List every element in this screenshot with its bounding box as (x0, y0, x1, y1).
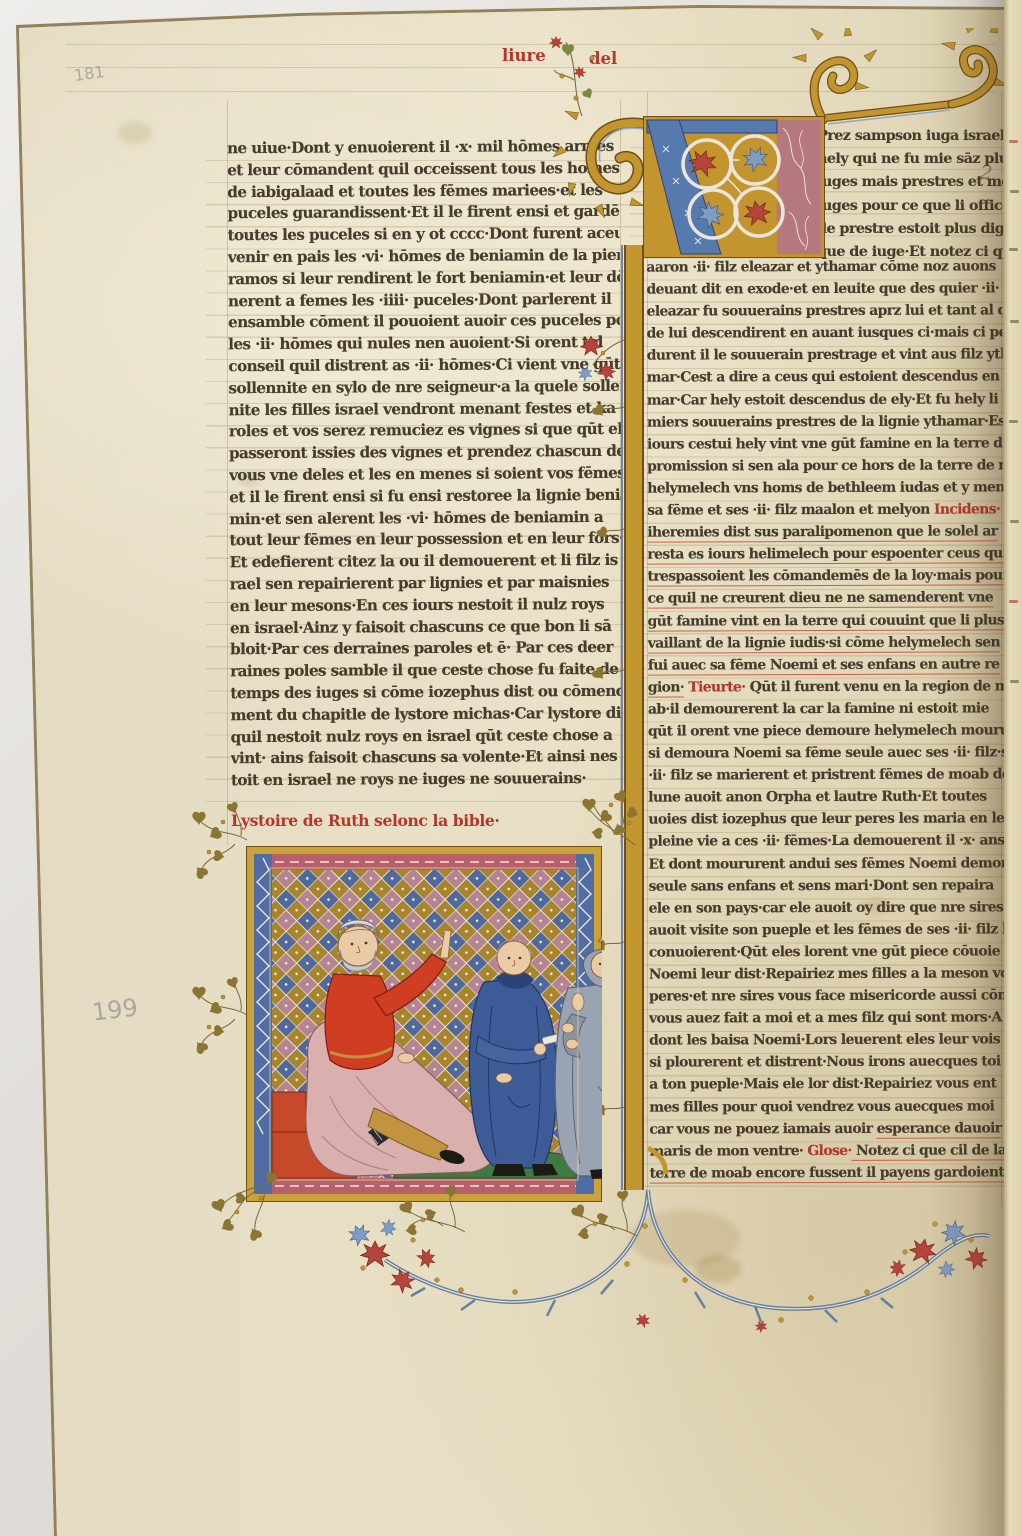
text-line: vint· ains faisoit chascuns sa volente·E… (231, 746, 623, 770)
bar-spiral-middle (793, 28, 878, 120)
text-line: tout leur fēmes en leur possession et en… (229, 528, 621, 552)
text-line: ensamble cōment il pouoient auoir ces pu… (228, 310, 620, 334)
text-line: nerent a femes les ·iiii· puceles·Dont p… (228, 288, 620, 312)
text-line: roles et vos serez remuciez es vignes si… (229, 419, 621, 443)
bottom-vine-border (175, 1140, 1015, 1350)
text-line: min·et sen alerent les ·vi· hōmes de ben… (229, 506, 621, 530)
text-segment: passeront issies des vignes et prendez c… (229, 442, 623, 462)
text-segment: en israel·Ainz y faisoit chascuns ce que… (230, 616, 611, 636)
text-segment: car vous ne pouez iamais auoir (649, 1120, 876, 1137)
text-line: passeront issies des vignes et prendez c… (229, 441, 621, 465)
text-line: temps des iuges si cōme iozephus dist ou… (230, 681, 622, 705)
text-segment: tout leur fēmes en leur possession et en… (229, 529, 623, 549)
text-line: et il le firent ensi si fu ensi restoree… (229, 485, 621, 509)
pencil-margin-number: 199 (90, 993, 139, 1026)
text-segment: vint· ains faisoit chascuns sa volente·E… (231, 747, 617, 767)
text-segment: min·et sen alerent les ·vi· hōmes de ben… (229, 507, 603, 527)
text-segment: et il le firent ensi si fu ensi restoree… (229, 486, 623, 506)
text-line: nite les filles israel vendront menant f… (229, 397, 621, 421)
margin-sprigs (175, 800, 253, 1065)
text-line: Et edefierent citez la ou il demouerent … (230, 550, 622, 574)
manuscript-photo: liure del 181 199 2 ne uiue·Dont y enuoi… (0, 0, 1022, 1536)
text-segment: sollennite en sylo de nre seigneur·a la … (228, 376, 623, 396)
text-segment: roles et vos serez remuciez es vignes si… (229, 420, 623, 441)
rubricated-word: Tieurte· (688, 679, 745, 695)
text-line: ment du chapitle de lystore michas·Car l… (230, 703, 622, 727)
text-segment: en leur mesons·En ces iours nestoit il n… (230, 595, 604, 615)
text-line: quil nestoit nulz roys en israel qūt ces… (231, 724, 623, 748)
ivy-cluster-a (211, 1171, 279, 1242)
red-leaf-cluster (576, 336, 624, 383)
text-segment: sa fēme et ses ·ii· filz maalon et melyo… (647, 502, 934, 519)
text-line: conseil quil distrent as ·ii· hōmes·Ci v… (228, 354, 620, 378)
text-segment: bloit·Par ces derraines paroles et ē· Pa… (230, 638, 613, 658)
text-segment: nite les filles israel vendront menant f… (229, 398, 616, 418)
text-segment: Et edefierent citez la ou il demouerent … (230, 551, 618, 571)
text-segment: quil nestoit nulz roys en israel qūt ces… (231, 725, 613, 745)
text-line: vous vne deles et les en menes si soient… (229, 463, 621, 487)
chapter-rubric: Lystoire de Ruth selonc la bible· (231, 811, 499, 830)
parchment-stain (118, 122, 152, 144)
header-sprig (549, 37, 595, 117)
text-segment: raines poles samble il que ceste chose f… (230, 660, 618, 680)
illuminated-initial-A (643, 116, 825, 258)
text-segment: toit en israel ne roys ne iuges ne souue… (231, 769, 586, 789)
text-line: rael sen repairierent par lignies et par… (230, 572, 622, 596)
text-segment: rael sen repairierent par lignies et par… (230, 573, 609, 593)
text-segment: ment du chapitle de lystore michas·Car l… (230, 703, 623, 723)
text-segment: ramos si leur rendirent le fort beniamin… (228, 268, 623, 288)
text-line: les ·ii· hōmes qui nules nen auoient·Si … (228, 332, 620, 356)
text-line: sollennite en sylo de nre seigneur·a la … (228, 376, 620, 400)
gutter-shadow (930, 0, 1004, 1536)
text-segment: temps des iuges si cōme iozephus dist ou… (230, 682, 623, 702)
ivy-cluster-b (398, 1186, 465, 1237)
text-line: raines poles samble il que ceste chose f… (230, 659, 622, 683)
text-line: bloit·Par ces derraines paroles et ē· Pa… (230, 637, 622, 661)
text-segment: nerent a femes les ·iiii· puceles·Dont p… (228, 289, 611, 309)
text-line: en leur mesons·En ces iours nestoit il n… (230, 594, 622, 618)
text-segment: conseil quil distrent as ·ii· hōmes·Ci v… (228, 355, 620, 375)
text-segment: ensamble cōment il pouoient auoir ces pu… (228, 311, 623, 331)
text-line: toit en israel ne roys ne iuges ne souue… (231, 768, 623, 792)
next-folio-sliver (1004, 0, 1022, 1536)
ivy-cluster-c (570, 1190, 637, 1241)
text-segment: les ·ii· hōmes qui nules nen auoient·Si … (228, 333, 603, 353)
vine-leaf-cluster-left (345, 1218, 439, 1296)
text-line: en israel·Ainz y faisoit chascuns ce que… (230, 615, 622, 639)
text-line: ramos si leur rendirent le fort beniamin… (228, 267, 620, 291)
text-segment: vous vne deles et les en menes si soient… (229, 464, 623, 484)
